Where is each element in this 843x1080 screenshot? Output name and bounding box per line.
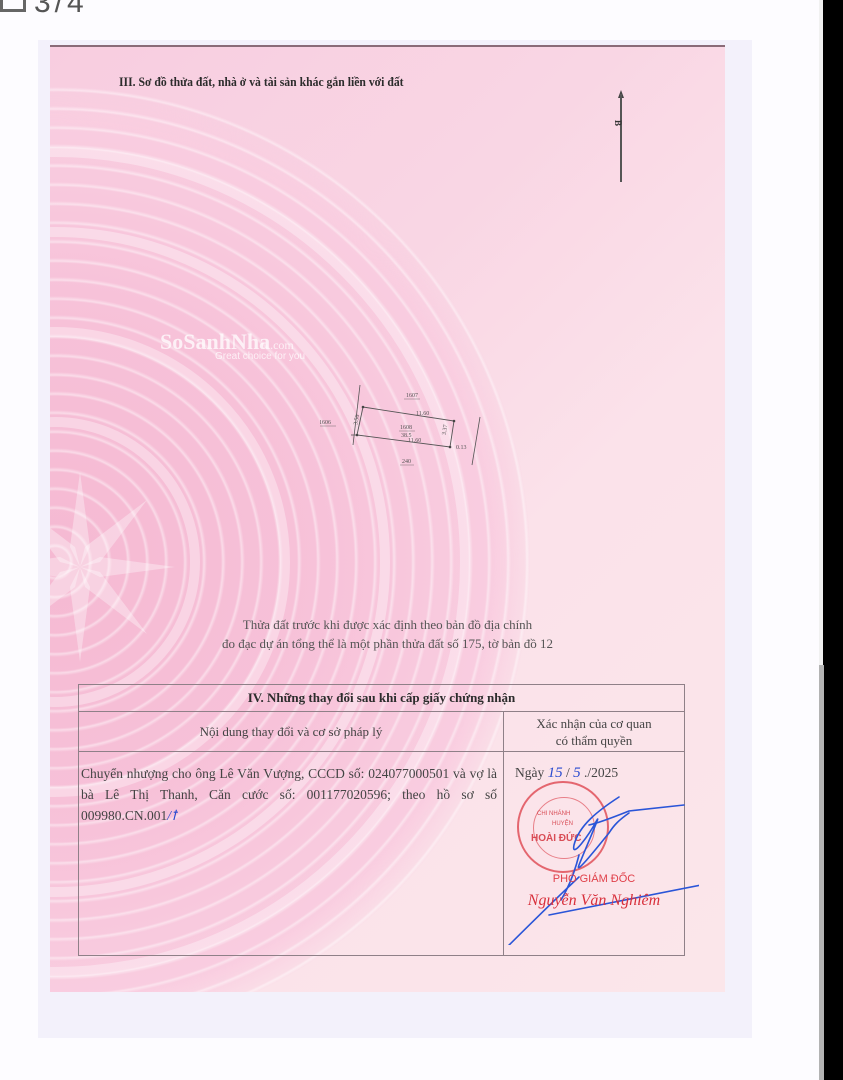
svg-text:240: 240 xyxy=(402,459,411,465)
plot-note: Thửa đất trước khi được xác định theo bả… xyxy=(50,615,725,653)
col2-header-line1: Xác nhận của cơ quan xyxy=(504,715,684,732)
handwritten-initial: /ꝉ xyxy=(167,808,177,823)
plot-note-line1: Thửa đất trước khi được xác định theo bả… xyxy=(50,615,725,634)
north-label: B xyxy=(613,120,623,126)
north-arrow-icon: B xyxy=(619,90,623,182)
svg-text:1606: 1606 xyxy=(320,420,331,426)
page-icon xyxy=(0,0,26,12)
svg-text:11.60: 11.60 xyxy=(408,438,421,444)
watermark: SoSanhNha.com Great choice for you xyxy=(160,329,305,362)
section3-title: III. Sơ đồ thửa đất, nhà ở và tài sản kh… xyxy=(119,74,404,90)
plot-diagram: 1607 1606 1608 38.5 11.60 11.60 3.50 3.3… xyxy=(320,377,500,467)
changes-table: IV. Những thay đổi sau khi cấp giấy chứn… xyxy=(78,684,685,956)
svg-text:3.37: 3.37 xyxy=(442,424,450,435)
signer-name: Nguyễn Văn Nghiêm xyxy=(504,892,684,910)
svg-text:11.60: 11.60 xyxy=(416,411,429,417)
certificate-page: SoSanhNha.com Great choice for you III. … xyxy=(50,45,725,992)
svg-text:1608: 1608 xyxy=(400,425,412,431)
scrollbar-thumb[interactable] xyxy=(819,665,824,1080)
header-divider xyxy=(79,751,684,752)
col2-header-line2: có thẩm quyền xyxy=(504,732,684,749)
watermark-suffix: .com xyxy=(270,338,294,352)
signature xyxy=(479,765,699,945)
col-changes-header: Nội dung thay đổi và cơ sở pháp lý xyxy=(79,712,503,751)
change-content: Chuyển nhượng cho ông Lê Văn Vượng, CCCD… xyxy=(81,763,497,826)
document-viewer: 3/4 SoSanhNha.com Great choice for xyxy=(0,0,822,1080)
right-edge-bar xyxy=(822,0,843,1080)
svg-text:1607: 1607 xyxy=(406,393,418,399)
col-confirmation-header: Xác nhận của cơ quan có thẩm quyền xyxy=(504,715,684,749)
page-indicator: 3/4 xyxy=(0,0,88,20)
signer-role: PHÓ GIÁM ĐỐC xyxy=(504,873,684,885)
section4-title: IV. Những thay đổi sau khi cấp giấy chứn… xyxy=(79,685,684,712)
watermark-tagline: Great choice for you xyxy=(215,351,305,362)
svg-text:0.13: 0.13 xyxy=(456,445,467,451)
change-text: Chuyển nhượng cho ông Lê Văn Vượng, CCCD… xyxy=(81,766,497,823)
page-counter: 3/4 xyxy=(34,0,88,20)
svg-text:3.50: 3.50 xyxy=(353,414,361,425)
plot-note-line2: đo đạc dự án tổng thể là một phần thửa đ… xyxy=(50,634,725,653)
